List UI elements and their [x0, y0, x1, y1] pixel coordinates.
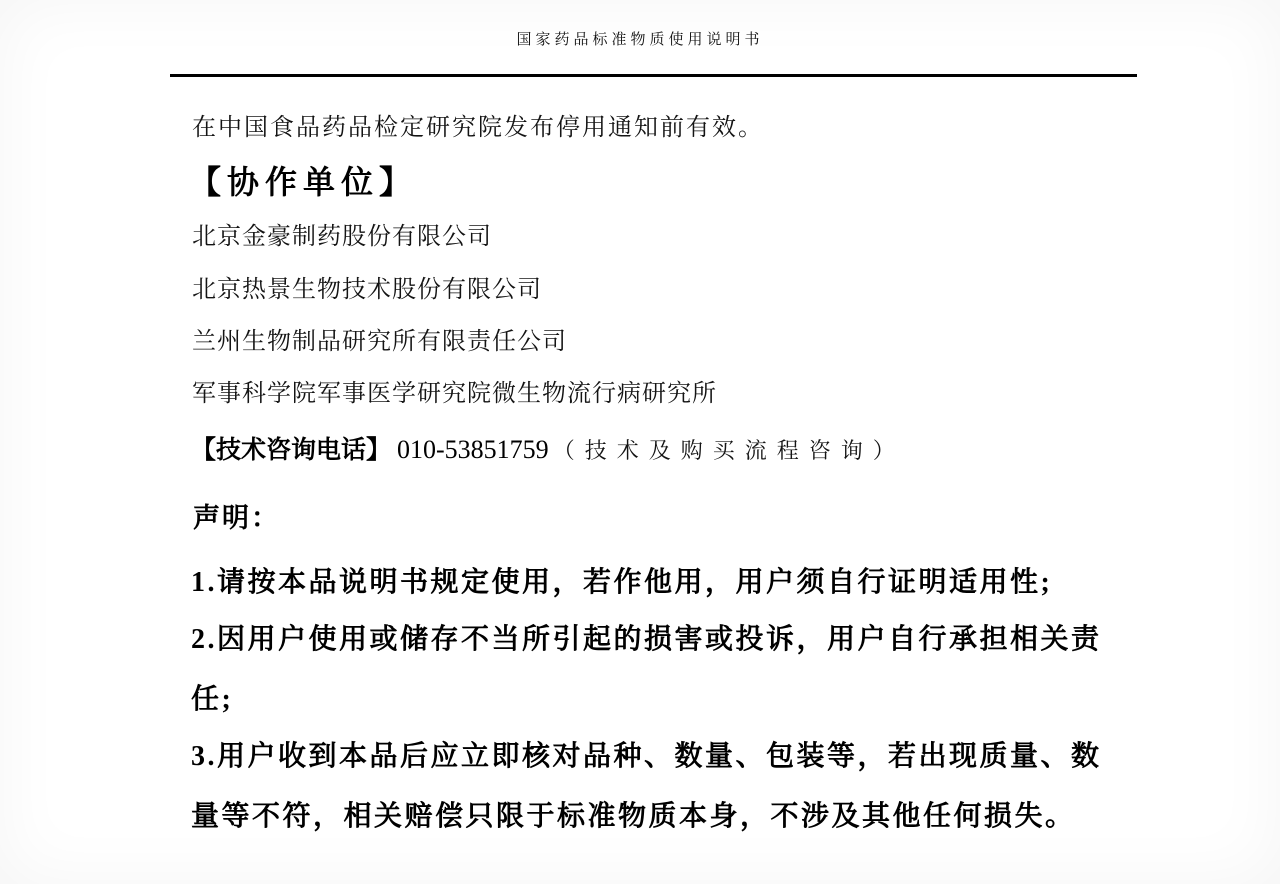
tech-phone-note: （技术及购买流程咨询） [553, 438, 905, 463]
header-divider [170, 74, 1137, 77]
statement-heading: 声明： [193, 500, 280, 536]
statement-item-2: 2.因用户使用或储存不当所引起的损害或投诉，用户自行承担相关责任; [191, 610, 1113, 730]
cooperation-company-4: 军事科学院军事医学研究院微生物流行病研究所 [192, 379, 717, 409]
cooperation-heading: 【协作单位】 [189, 161, 417, 203]
statement-item-1: 1.请按本品说明书规定使用，若作他用，用户须自行证明适用性; [191, 553, 1113, 613]
cooperation-company-2: 北京热景生物技术股份有限公司 [192, 275, 542, 305]
statement-item-3: 3.用户收到本品后应立即核对品种、数量、包装等，若出现质量、数量等不符，相关赔偿… [191, 727, 1113, 847]
validity-note: 在中国食品药品检定研究院发布停用通知前有效。 [192, 112, 764, 144]
document-page: 国家药品标准物质使用说明书 在中国食品药品检定研究院发布停用通知前有效。 【协作… [0, 0, 1280, 884]
tech-phone-label: 【技术咨询电话】 [191, 437, 391, 464]
cooperation-company-3: 兰州生物制品研究所有限责任公司 [192, 327, 567, 357]
cooperation-company-1: 北京金豪制药股份有限公司 [192, 222, 492, 252]
tech-phone-number: 010-53851759 [397, 435, 549, 464]
page-header-title: 国家药品标准物质使用说明书 [0, 28, 1280, 49]
tech-phone-line: 【技术咨询电话】010-53851759（技术及购买流程咨询） [191, 431, 905, 473]
